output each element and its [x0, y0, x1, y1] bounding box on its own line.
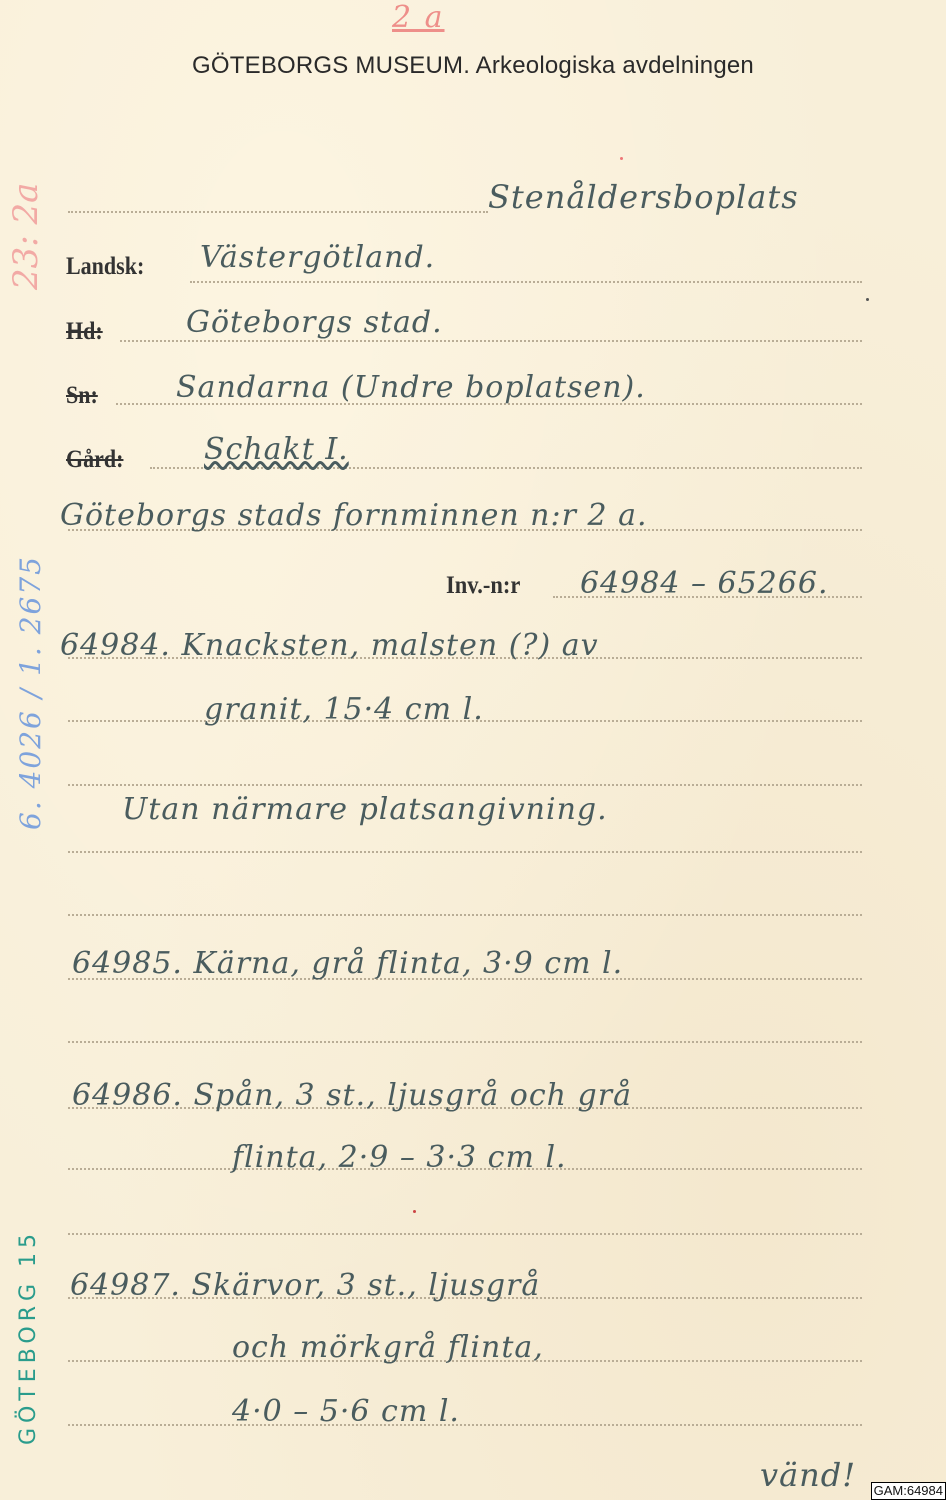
card-header: GÖTEBORGS MUSEUM. Arkeologiska avdelning… [0, 52, 946, 80]
inventory-label: Inv.-n:r [446, 572, 520, 600]
field-label-hd: Hd: [66, 318, 103, 346]
entry-location-note: Utan närmare platsangivning. [122, 792, 608, 827]
field-label-landsk: Landsk: [66, 253, 144, 281]
inventory-value: 64984 – 65266. [580, 566, 828, 601]
side-red-note: 23: 2a [6, 183, 46, 290]
field-value-sn: Sandarna (Undre boplatsen). [176, 370, 646, 405]
ink-speck [413, 1210, 416, 1213]
entry-64987-line-3: 4·0 – 5·6 cm l. [232, 1394, 460, 1429]
dotted-rule [68, 851, 862, 853]
dotted-rule [68, 1041, 862, 1043]
entry-64984-line-2: granit, 15·4 cm l. [204, 692, 484, 727]
ink-speck [620, 157, 623, 160]
field-label-gard: Gård: [66, 446, 123, 474]
dotted-rule [150, 467, 862, 469]
side-blue-note: 6. 4026 / 1. 2675 [14, 555, 47, 830]
dotted-rule [68, 784, 862, 786]
field-label-sn: Sn: [66, 382, 98, 410]
site-type: Stenåldersboplats [488, 178, 799, 216]
dotted-rule [120, 340, 862, 342]
monument-line: Göteborgs stads fornminnen n:r 2 a. [60, 498, 648, 533]
dotted-rule [68, 1424, 862, 1426]
dotted-rule [68, 914, 862, 916]
field-value-hd: Göteborgs stad. [186, 305, 443, 340]
dotted-rule [190, 281, 862, 283]
catalog-id-label: GAM:64984 [871, 1482, 946, 1500]
ink-speck [866, 298, 869, 301]
side-stamp: GÖTEBORG 15 [16, 1229, 41, 1445]
entry-64986-line-2: flinta, 2·9 – 3·3 cm l. [232, 1140, 567, 1175]
entry-64987-line-2: och mörkgrå flinta, [232, 1330, 544, 1365]
turn-over-note: vänd! [760, 1456, 856, 1494]
dotted-rule [68, 211, 488, 213]
field-value-landsk: Västergötland. [200, 240, 435, 275]
dotted-rule [68, 1233, 862, 1235]
red-top-mark: 2 a [392, 0, 445, 35]
entry-64987-line-1: 64987. Skärvor, 3 st., ljusgrå [70, 1268, 540, 1303]
field-value-gard: Schakt I. [204, 432, 349, 467]
entry-64984-line-1: 64984. Knacksten, malsten (?) av [60, 628, 599, 663]
entry-64986-line-1: 64986. Spån, 3 st., ljusgrå och grå [72, 1078, 632, 1113]
entry-64985: 64985. Kärna, grå flinta, 3·9 cm l. [72, 946, 623, 981]
